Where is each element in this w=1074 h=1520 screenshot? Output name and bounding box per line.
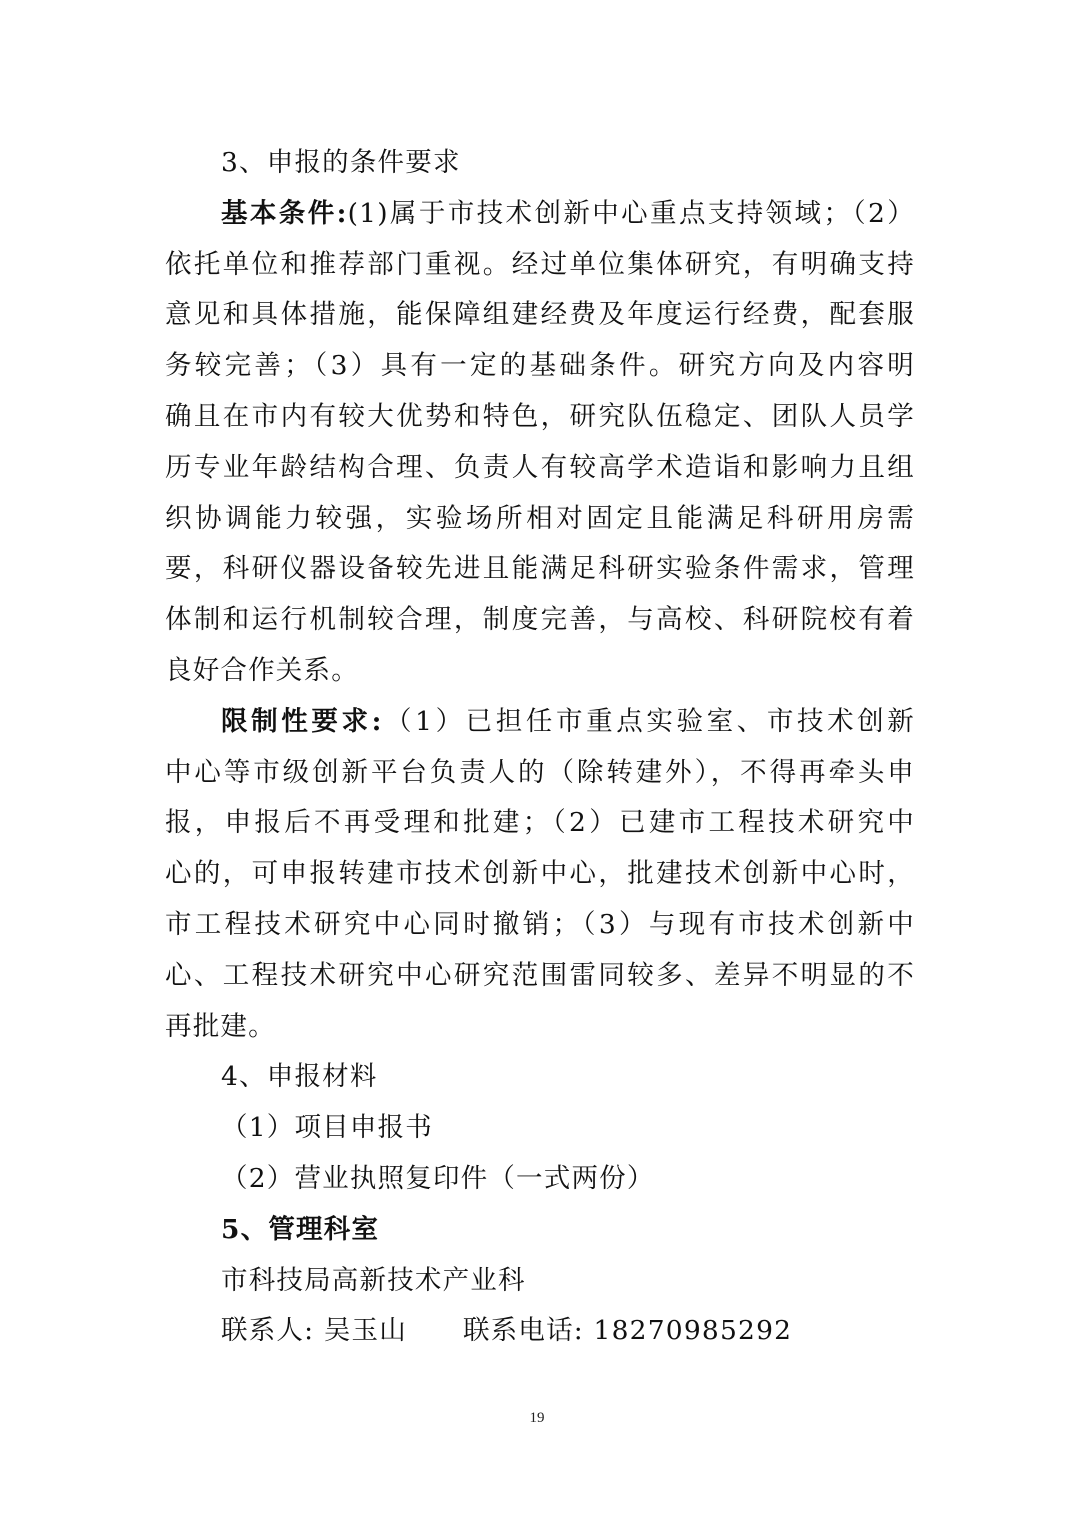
- materials-item-1: （1）项目申报书: [165, 1103, 915, 1154]
- materials-item-2: （2）营业执照复印件（一式两份）: [165, 1154, 915, 1205]
- basic-conditions-line-5: 确且在市内有较大优势和特色，研究队伍稳定、团队人员学: [165, 392, 915, 443]
- page-number: 19: [0, 1410, 1074, 1427]
- restrictions-text: （1）已担任市重点实验室、市技术创新: [383, 706, 915, 737]
- restrictions-line-6: 心、工程技术研究中心研究范围雷同较多、差异不明显的不: [165, 951, 915, 1002]
- restrictions-label: 限制性要求:: [221, 706, 383, 737]
- basic-conditions-line-4: 务较完善；（3）具有一定的基础条件。研究方向及内容明: [165, 341, 915, 392]
- section-5-heading: 5、管理科室: [165, 1205, 915, 1256]
- restrictions-line-7: 再批建。: [165, 1002, 915, 1053]
- restrictions-line-3: 报，申报后不再受理和批建；（2）已建市工程技术研究中: [165, 798, 915, 849]
- section-3-heading: 3、申报的条件要求: [165, 138, 915, 189]
- document-page: 3、申报的条件要求 基本条件:(1)属于市技术创新中心重点支持领域；（2） 依托…: [165, 138, 915, 1357]
- basic-conditions-line-1: 基本条件:(1)属于市技术创新中心重点支持领域；（2）: [165, 189, 915, 240]
- basic-conditions-line-10: 良好合作关系。: [165, 646, 915, 697]
- basic-conditions-text: (1)属于市技术创新中心重点支持领域；（2）: [348, 198, 915, 229]
- restrictions-line-1: 限制性要求:（1）已担任市重点实验室、市技术创新: [165, 697, 915, 748]
- restrictions-line-4: 心的，可申报转建市技术创新中心，批建技术创新中心时，: [165, 849, 915, 900]
- basic-conditions-line-2: 依托单位和推荐部门重视。经过单位集体研究，有明确支持: [165, 240, 915, 291]
- basic-conditions-line-7: 织协调能力较强，实验场所相对固定且能满足科研用房需: [165, 494, 915, 545]
- section-4-heading: 4、申报材料: [165, 1052, 915, 1103]
- restrictions-line-5: 市工程技术研究中心同时撤销；（3）与现有市技术创新中: [165, 900, 915, 951]
- contact-person: 吴玉山: [324, 1315, 407, 1346]
- contact-phone: 18270985292: [594, 1315, 793, 1346]
- contact-phone-label: 联系电话:: [463, 1315, 584, 1346]
- basic-conditions-label: 基本条件:: [221, 198, 348, 229]
- contact-person-label: 联系人:: [221, 1315, 314, 1346]
- restrictions-line-2: 中心等市级创新平台负责人的（除转建外），不得再牵头申: [165, 748, 915, 799]
- basic-conditions-line-6: 历专业年龄结构合理、负责人有较高学术造诣和影响力且组: [165, 443, 915, 494]
- department-name: 市科技局高新技术产业科: [165, 1256, 915, 1307]
- basic-conditions-line-9: 体制和运行机制较合理，制度完善，与高校、科研院校有着: [165, 595, 915, 646]
- basic-conditions-line-8: 要，科研仪器设备较先进且能满足科研实验条件需求，管理: [165, 544, 915, 595]
- contact-line: 联系人: 吴玉山联系电话: 18270985292: [165, 1306, 915, 1357]
- basic-conditions-line-3: 意见和具体措施，能保障组建经费及年度运行经费，配套服: [165, 290, 915, 341]
